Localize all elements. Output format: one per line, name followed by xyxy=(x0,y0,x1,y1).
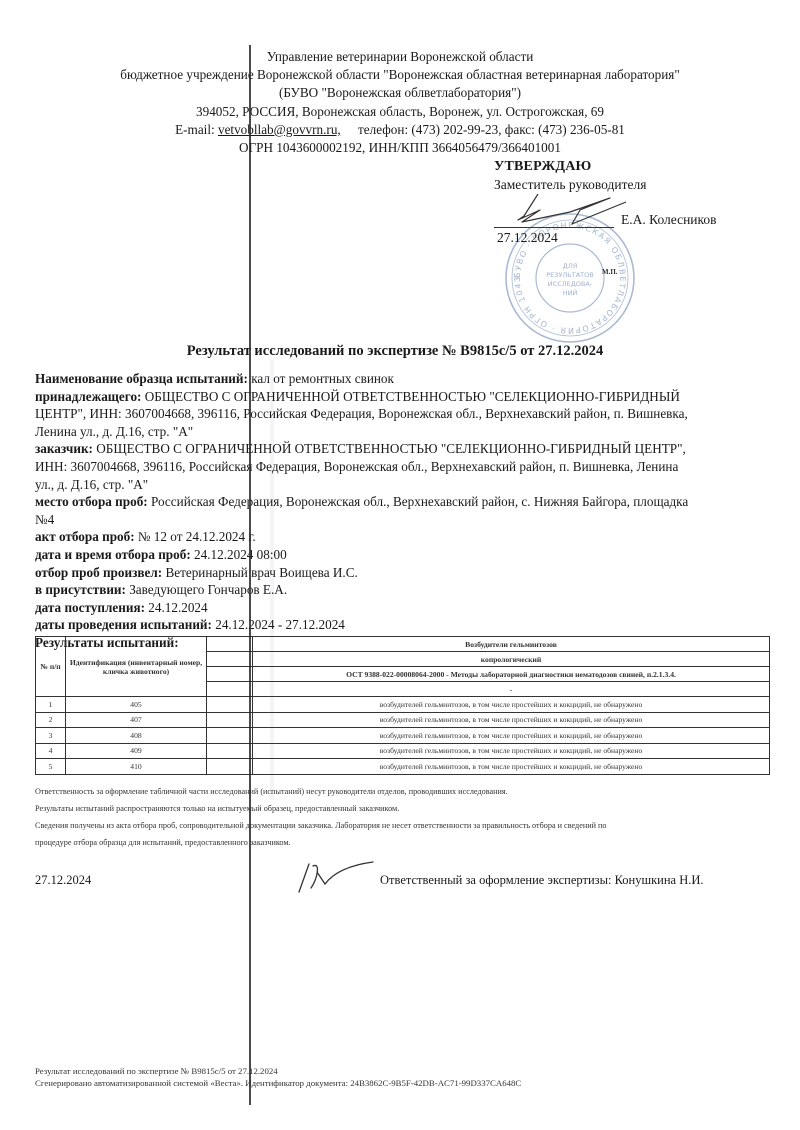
customer-label: заказчик: xyxy=(35,441,93,456)
approval-date: 27.12.2024 xyxy=(497,230,558,246)
row-result: возбудителей гельминтозов, в том числе п… xyxy=(253,728,770,744)
document-title: Результат исследований по экспертизе № B… xyxy=(0,343,790,360)
sampled-by-label: отбор проб произвел: xyxy=(35,565,162,580)
footer-doc-reference: Результат исследований по экспертизе № B… xyxy=(35,1065,521,1077)
sample-info: Наименование образца испытаний: кал от р… xyxy=(35,370,770,652)
table-row: 5 410 возбудителей гельминтозов, в том ч… xyxy=(36,759,770,775)
received-date-value: 24.12.2024 xyxy=(145,600,208,615)
row-identification: 410 xyxy=(66,759,207,775)
in-presence-value: Заведующего Гончаров Е.А. xyxy=(126,582,287,597)
row-identification: 405 xyxy=(66,697,207,713)
results-table: № п/п Идентификация (инвентарный номер, … xyxy=(35,636,770,775)
sampling-place-row: место отбора проб: Российская Федерация,… xyxy=(35,493,770,511)
row-number: 5 xyxy=(36,759,66,775)
letterhead-address: 394052, РОССИЯ, Воронежская область, Вор… xyxy=(0,103,800,121)
note-source-2: процедуре отбора образца для испытаний, … xyxy=(35,834,775,851)
sampled-by-value: Ветеринарный врач Воищева И.С. xyxy=(162,565,358,580)
row-number: 1 xyxy=(36,697,66,713)
approval-block: УТВЕРЖДАЮ Заместитель руководителя xyxy=(494,158,646,194)
sampling-place-value-2: №4 xyxy=(35,511,770,529)
owner-value-3: Ленина ул., д. Д.16, стр. "А" xyxy=(35,423,770,441)
table-row: 2 407 возбудителей гельминтозов, в том ч… xyxy=(36,712,770,728)
letterhead: Управление ветеринарии Воронежской облас… xyxy=(0,48,800,157)
norm-value: - xyxy=(253,682,770,697)
sampling-act-row: акт отбора проб: № 12 от 24.12.2024 г. xyxy=(35,528,770,546)
email-link[interactable]: vetvobllab@govvrn.ru, xyxy=(218,122,341,137)
row-number: 3 xyxy=(36,728,66,744)
sampling-place-label: место отбора проб: xyxy=(35,494,148,509)
approver-signature-icon xyxy=(510,190,630,230)
row-identification: 409 xyxy=(66,743,207,759)
col-header-number: № п/п xyxy=(36,637,66,697)
stamp-text-4: НИЙ xyxy=(563,288,578,297)
sampling-datetime-label: дата и время отбора проб: xyxy=(35,547,191,562)
note-responsibility: Ответственность за оформление табличной … xyxy=(35,783,775,800)
test-dates-row: даты проведения испытаний: 24.12.2024 - … xyxy=(35,616,770,634)
approver-signature-line xyxy=(494,227,614,228)
footer-doc-identifier: Сгенерировано автоматизированной системо… xyxy=(35,1077,521,1089)
responsible-signature-icon xyxy=(295,858,375,894)
stamp-text-3: ИССЛЕДОВА- xyxy=(548,280,593,288)
owner-row: принадлежащего: ОБЩЕСТВО С ОГРАНИЧЕННОЙ … xyxy=(35,388,770,406)
owner-label: принадлежащего: xyxy=(35,389,141,404)
footer-responsible: Ответственный за оформление экспертизы: … xyxy=(380,873,704,888)
disclaimer-notes: Ответственность за оформление табличной … xyxy=(35,783,775,851)
col-header-identification: Идентификация (инвентарный номер, кличка… xyxy=(66,637,207,697)
row-identification: 407 xyxy=(66,712,207,728)
document-footer-meta: Результат исследований по экспертизе № B… xyxy=(35,1065,521,1089)
sampling-place-value-1: Российская Федерация, Воронежская обл., … xyxy=(148,494,689,509)
letterhead-institution: бюджетное учреждение Воронежской области… xyxy=(0,66,800,84)
owner-value-2: ЦЕНТР", ИНН: 3607004668, 396116, Российс… xyxy=(35,405,770,423)
row-result: возбудителей гельминтозов, в том числе п… xyxy=(253,712,770,728)
indicator-header: Возбудители гельминтозов xyxy=(253,637,770,652)
owner-value-1: ОБЩЕСТВО С ОГРАНИЧЕННОЙ ОТВЕТСТВЕННОСТЬЮ… xyxy=(141,389,679,404)
letterhead-registration: ОГРН 1043600002192, ИНН/КПП 3664056479/3… xyxy=(0,139,800,157)
method-type: копрологический xyxy=(253,652,770,667)
method-document: ОСТ 9388-022-00008064-2000 - Методы лабо… xyxy=(253,667,770,682)
sampling-datetime-row: дата и время отбора проб: 24.12.2024 08:… xyxy=(35,546,770,564)
table-header-row: № п/п Идентификация (инвентарный номер, … xyxy=(36,637,770,652)
table-row: 1 405 возбудителей гельминтозов, в том ч… xyxy=(36,697,770,713)
sampling-datetime-value: 24.12.2024 08:00 xyxy=(191,547,287,562)
table-row: 4 409 возбудителей гельминтозов, в том ч… xyxy=(36,743,770,759)
test-dates-value: 24.12.2024 - 27.12.2024 xyxy=(212,617,345,632)
sample-name-row: Наименование образца испытаний: кал от р… xyxy=(35,370,770,388)
sampling-act-value: № 12 от 24.12.2024 г. xyxy=(135,529,256,544)
letterhead-contacts: E-mail: vetvobllab@govvrn.ru, телефон: (… xyxy=(0,121,800,139)
stamp-mark: М.П. xyxy=(602,268,618,276)
sample-name-value: кал от ремонтных свинок xyxy=(248,371,394,386)
customer-value-1: ОБЩЕСТВО С ОГРАНИЧЕННОЙ ОТВЕТСТВЕННОСТЬЮ… xyxy=(93,441,686,456)
scan-artifact-line xyxy=(249,45,251,1105)
stamp-text-1: ДЛЯ xyxy=(563,262,577,270)
row-number: 4 xyxy=(36,743,66,759)
received-date-label: дата поступления: xyxy=(35,600,145,615)
sample-name-label: Наименование образца испытаний: xyxy=(35,371,248,386)
sampled-by-row: отбор проб произвел: Ветеринарный врач В… xyxy=(35,564,770,582)
phone-fax: телефон: (473) 202-99-23, факс: (473) 23… xyxy=(358,122,625,137)
test-dates-label: даты проведения испытаний: xyxy=(35,617,212,632)
email-label: E-mail: xyxy=(175,122,215,137)
row-number: 2 xyxy=(36,712,66,728)
row-result: возбудителей гельминтозов, в том числе п… xyxy=(253,759,770,775)
approval-title: УТВЕРЖДАЮ xyxy=(494,158,646,176)
letterhead-short-name: (БУВО "Воронежская облветлаборатория") xyxy=(0,84,800,102)
customer-row: заказчик: ОБЩЕСТВО С ОГРАНИЧЕННОЙ ОТВЕТС… xyxy=(35,440,770,458)
customer-value-3: ул., д. Д.16, стр. "А" xyxy=(35,476,770,494)
in-presence-row: в присутствии: Заведующего Гончаров Е.А. xyxy=(35,581,770,599)
row-result: возбудителей гельминтозов, в том числе п… xyxy=(253,743,770,759)
table-row: 3 408 возбудителей гельминтозов, в том ч… xyxy=(36,728,770,744)
footer-date: 27.12.2024 xyxy=(35,873,91,888)
row-result: возбудителей гельминтозов, в том числе п… xyxy=(253,697,770,713)
approver-name: Е.А. Колесников xyxy=(621,212,717,228)
customer-value-2: ИНН: 3607004668, 396116, Российская Феде… xyxy=(35,458,770,476)
stamp-text-2: РЕЗУЛЬТАТОВ xyxy=(546,271,593,279)
note-scope: Результаты испытаний распространяются то… xyxy=(35,800,775,817)
note-source-1: Сведения получены из акта отбора проб, с… xyxy=(35,817,775,834)
in-presence-label: в присутствии: xyxy=(35,582,126,597)
received-date-row: дата поступления: 24.12.2024 xyxy=(35,599,770,617)
letterhead-authority: Управление ветеринарии Воронежской облас… xyxy=(0,48,800,66)
row-identification: 408 xyxy=(66,728,207,744)
sampling-act-label: акт отбора проб: xyxy=(35,529,135,544)
